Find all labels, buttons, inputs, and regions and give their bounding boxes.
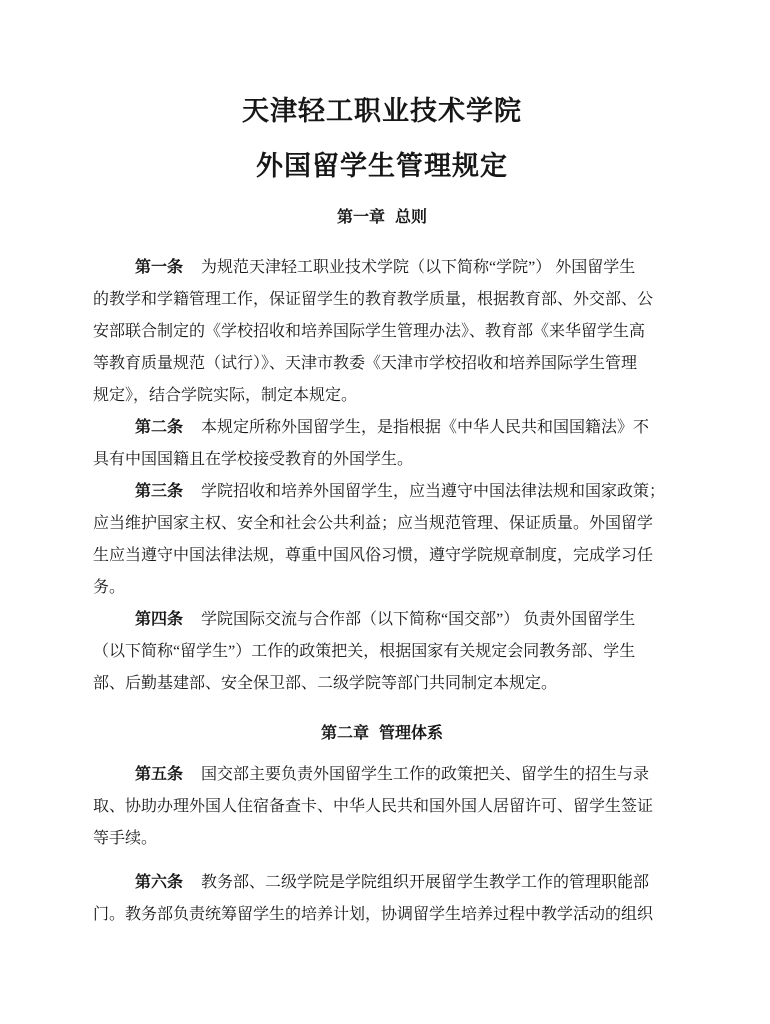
article-text: 学院国际交流与合作部（以下简称“国交部”） 负责外国留学生 (201, 611, 635, 628)
document-page: 天津轻工职业技术学院 外国留学生管理规定 第一章总则 第一条为规范天津轻工职业技… (0, 0, 770, 1024)
text-line: （以下简称“留学生”）工作的政策把关，根据国家有关规定会同教务部、学生 (93, 636, 671, 668)
article-2: 第二条本规定所称外国留学生，是指根据《中华人民共和国国籍法》不 具有中国国籍且在… (93, 412, 671, 476)
article-label: 第五条 (135, 766, 183, 783)
chapter-name: 总则 (395, 209, 427, 226)
text-line: 第四条学院国际交流与合作部（以下简称“国交部”） 负责外国留学生 (93, 604, 671, 636)
text-line: 第六条教务部、二级学院是学院组织开展留学生教学工作的管理职能部 (93, 867, 671, 899)
article-text: 学院招收和培养外国留学生，应当遵守中国法律法规和国家政策； (201, 483, 665, 500)
document-body: 第一条为规范天津轻工职业技术学院（以下简称“学院”） 外国留学生 的教学和学籍管… (93, 252, 671, 931)
text-line: 门。教务部负责统筹留学生的培养计划，协调留学生培养过程中教学活动的组织 (93, 899, 671, 931)
text-line: 第三条学院招收和培养外国留学生，应当遵守中国法律法规和国家政策； (93, 476, 671, 508)
chapter-number: 第二章 (321, 725, 369, 742)
text-line: 的教学和学籍管理工作，保证留学生的教育教学质量，根据教育部、外交部、公 (93, 284, 671, 316)
text-line: 规定》，结合学院实际，制定本规定。 (93, 380, 671, 412)
doc-title-line2: 外国留学生管理规定 (93, 148, 671, 184)
text-line: 安部联合制定的《学校招收和培养国际学生管理办法》、教育部《来华留学生高 (93, 316, 671, 348)
text-line: 务。 (93, 572, 671, 604)
article-6: 第六条教务部、二级学院是学院组织开展留学生教学工作的管理职能部 门。教务部负责统… (93, 867, 671, 931)
article-label: 第一条 (135, 259, 183, 276)
chapter-name: 管理体系 (379, 725, 443, 742)
article-text: 本规定所称外国留学生，是指根据《中华人民共和国国籍法》不 (201, 419, 649, 436)
chapter-number: 第一章 (337, 209, 385, 226)
text-line: 取、协助办理外国人住宿备查卡、中华人民共和国外国人居留许可、留学生签证 (93, 791, 671, 823)
text-line: 等教育质量规范（试行）》、天津市教委《天津市学校招收和培养国际学生管理 (93, 348, 671, 380)
text-line: 等手续。 (93, 823, 671, 855)
article-4: 第四条学院国际交流与合作部（以下简称“国交部”） 负责外国留学生 （以下简称“留… (93, 604, 671, 700)
article-3: 第三条学院招收和培养外国留学生，应当遵守中国法律法规和国家政策； 应当维护国家主… (93, 476, 671, 604)
chapter-heading-2: 第二章管理体系 (93, 723, 671, 745)
text-line: 第五条国交部主要负责外国留学生工作的政策把关、留学生的招生与录 (93, 759, 671, 791)
doc-title-line1: 天津轻工职业技术学院 (93, 93, 671, 129)
article-label: 第三条 (135, 483, 183, 500)
article-text: 教务部、二级学院是学院组织开展留学生教学工作的管理职能部 (201, 874, 649, 891)
article-1: 第一条为规范天津轻工职业技术学院（以下简称“学院”） 外国留学生 的教学和学籍管… (93, 252, 671, 412)
text-line: 第二条本规定所称外国留学生，是指根据《中华人民共和国国籍法》不 (93, 412, 671, 444)
text-line: 生应当遵守中国法律法规，尊重中国风俗习惯，遵守学院规章制度，完成学习任 (93, 540, 671, 572)
article-label: 第六条 (135, 874, 183, 891)
article-label: 第二条 (135, 419, 183, 436)
text-line: 部、后勤基建部、安全保卫部、二级学院等部门共同制定本规定。 (93, 668, 671, 700)
text-line: 应当维护国家主权、安全和社会公共利益；应当规范管理、保证质量。外国留学 (93, 508, 671, 540)
document-content: 天津轻工职业技术学院 外国留学生管理规定 第一章总则 第一条为规范天津轻工职业技… (93, 0, 671, 931)
text-line: 具有中国国籍且在学校接受教育的外国学生。 (93, 444, 671, 476)
article-text: 国交部主要负责外国留学生工作的政策把关、留学生的招生与录 (201, 766, 649, 783)
text-line: 第一条为规范天津轻工职业技术学院（以下简称“学院”） 外国留学生 (93, 252, 671, 284)
article-label: 第四条 (135, 611, 183, 628)
article-5: 第五条国交部主要负责外国留学生工作的政策把关、留学生的招生与录 取、协助办理外国… (93, 759, 671, 855)
chapter-heading-1: 第一章总则 (93, 207, 671, 229)
article-text: 为规范天津轻工职业技术学院（以下简称“学院”） 外国留学生 (201, 259, 635, 276)
